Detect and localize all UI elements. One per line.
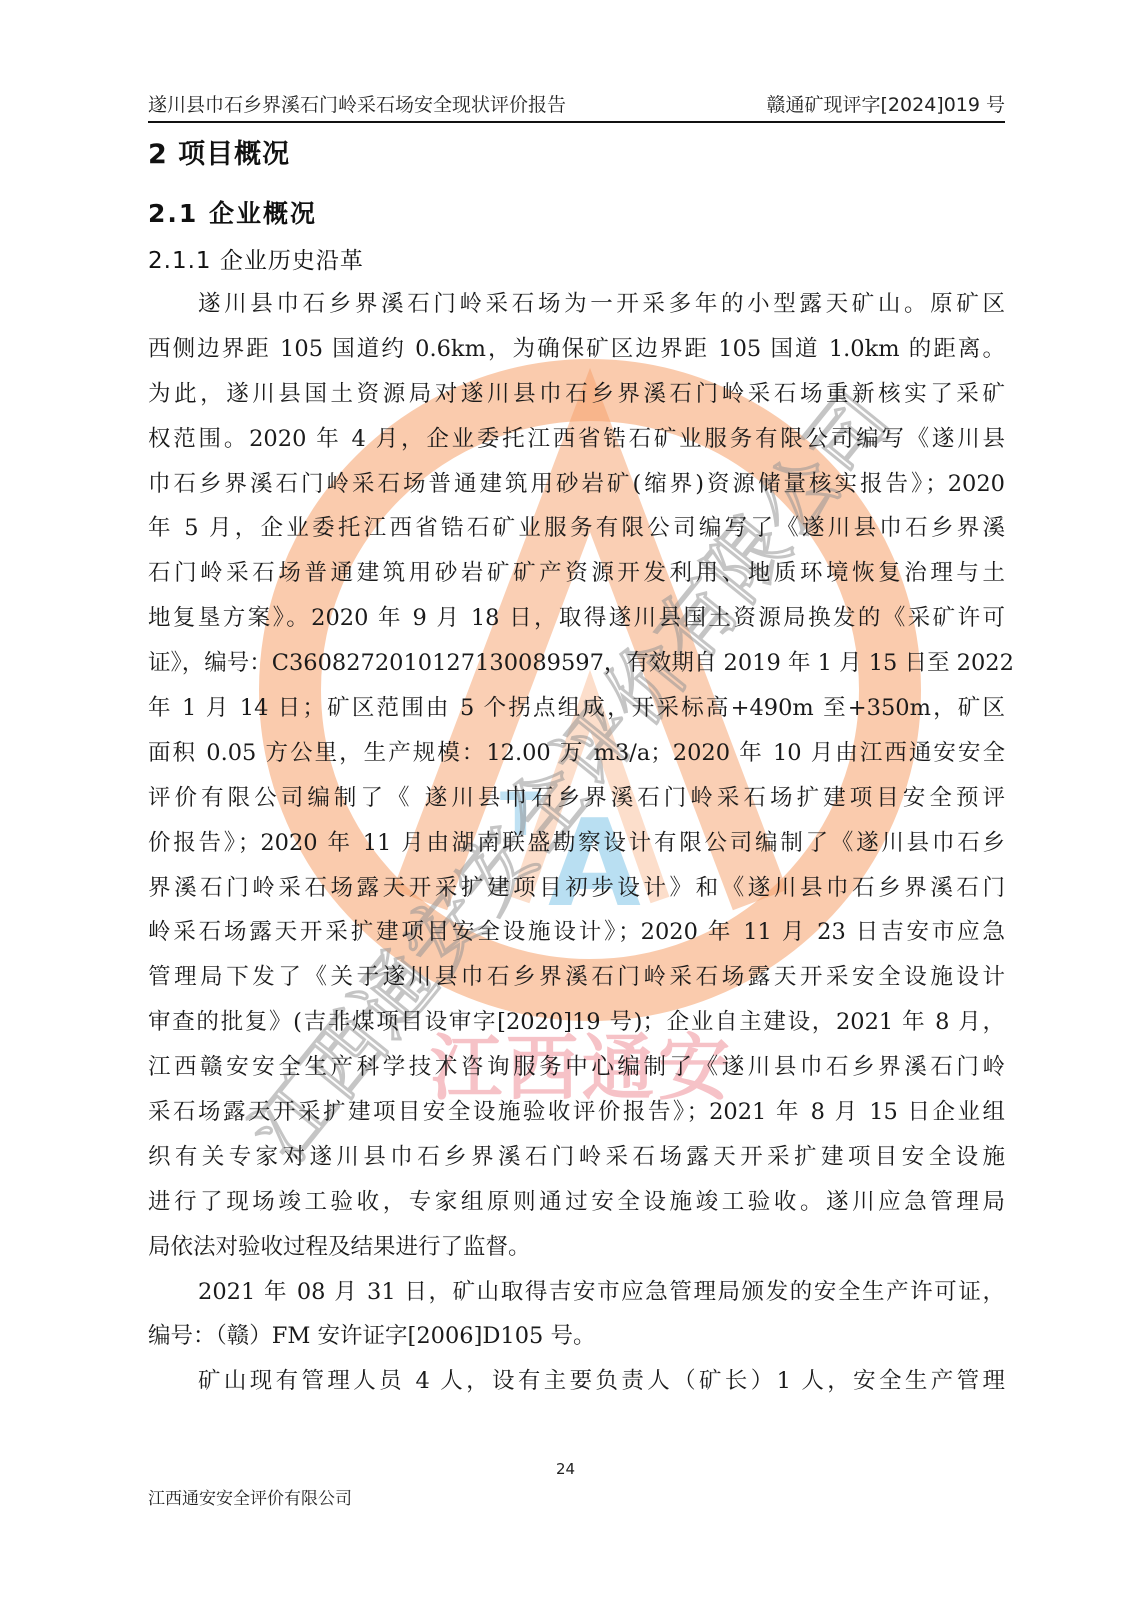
paragraph-1-line: 地复垦方案》。2020 年 9 月 18 日，取得遂川县国土资源局换发的《采矿许… [148,596,1005,641]
paragraph-1-line: 石门岭采石场普通建筑用砂岩矿矿产资源开发利用、地质环境恢复治理与土 [148,551,1005,596]
subsection-heading: 2.1.1 企业历史沿革 [148,242,364,275]
section-heading: 2.1 企业概况 [148,194,317,230]
paragraph-1-line: 织有关专家对遂川县巾石乡界溪石门岭采石场露天开采扩建项目安全设施 [148,1135,1005,1180]
chapter-heading: 2 项目概况 [148,132,290,171]
paragraph-2-line: 2021 年 08 月 31 日，矿山取得吉安市应急管理局颁发的安全生产许可证， [148,1270,1005,1315]
paragraph-1-line: 局依法对验收过程及结果进行了监督。 [148,1225,1005,1270]
paragraph-1-line: 西侧边界距 105 国道约 0.6km，为确保矿区边界距 105 国道 1.0k… [148,327,1005,372]
paragraph-1-line: 审查的批复》(吉非煤项目设审字[2020]19 号)；企业自主建设，2021 年… [148,1000,1005,1045]
paragraph-1-line: 遂川县巾石乡界溪石门岭采石场为一开采多年的小型露天矿山。原矿区 [148,282,1005,327]
paragraph-2-line: 编号：（赣）FM 安许证字[2006]D105 号。 [148,1314,1005,1359]
paragraph-1-line: 年 1 月 14 日；矿区范围由 5 个拐点组成，开采标高+490m 至+350… [148,686,1005,731]
body-text: 遂川县巾石乡界溪石门岭采石场为一开采多年的小型露天矿山。原矿区 西侧边界距 10… [148,282,1005,1404]
paragraph-1-line: 证》，编号：C3608272010127130089597，有效期自 2019 … [148,641,1005,686]
paragraph-1-line: 界溪石门岭采石场露天开采扩建项目初步设计》和《遂川县巾石乡界溪石门 [148,866,1005,911]
paragraph-1-line: 巾石乡界溪石门岭采石场普通建筑用砂岩矿(缩界)资源储量核实报告》；2020 [148,462,1005,507]
paragraph-1-line: 采石场露天开采扩建项目安全设施验收评价报告》；2021 年 8 月 15 日企业… [148,1090,1005,1135]
paragraph-1-line: 价报告》；2020 年 11 月由湖南联盛勘察设计有限公司编制了《遂川县巾石乡 [148,821,1005,866]
paragraph-1-line: 面积 0.05 方公里，生产规模：12.00 万 m3/a；2020 年 10 … [148,731,1005,776]
paragraph-1-line: 进行了现场竣工验收，专家组原则通过安全设施竣工验收。遂川应急管理局 [148,1180,1005,1225]
page-number: 24 [0,1460,1131,1478]
paragraph-1-line: 评价有限公司编制了《 遂川县巾石乡界溪石门岭采石场扩建项目安全预评 [148,776,1005,821]
footer-company-name: 江西通安安全评价有限公司 [148,1484,352,1509]
paragraph-1-line: 为此，遂川县国土资源局对遂川县巾石乡界溪石门岭采石场重新核实了采矿 [148,372,1005,417]
paragraph-3-line: 矿山现有管理人员 4 人，设有主要负责人（矿长）1 人，安全生产管理 [148,1359,1005,1404]
running-header: 遂川县巾石乡界溪石门岭采石场安全现状评价报告 赣通矿现评字[2024]019 号 [148,88,1005,118]
paragraph-1-line: 年 5 月，企业委托江西省锆石矿业服务有限公司编写了《遂川县巾石乡界溪 [148,506,1005,551]
header-report-number: 赣通矿现评字[2024]019 号 [767,90,1005,117]
document-page: A T 江西通安 江西通安安全评价有限公司 遂川县巾石乡界溪石门岭采石场安全现状… [0,0,1131,1600]
header-divider [148,121,1005,123]
paragraph-1-line: 岭采石场露天开采扩建项目安全设施设计》；2020 年 11 月 23 日吉安市应… [148,910,1005,955]
paragraph-1-line: 江西赣安安全生产科学技术咨询服务中心编制了《遂川县巾石乡界溪石门岭 [148,1045,1005,1090]
header-report-title: 遂川县巾石乡界溪石门岭采石场安全现状评价报告 [148,90,566,117]
paragraph-1-line: 权范围。2020 年 4 月，企业委托江西省锆石矿业服务有限公司编写《遂川县 [148,417,1005,462]
paragraph-1-line: 管理局下发了《关于遂川县巾石乡界溪石门岭采石场露天开采安全设施设计 [148,955,1005,1000]
